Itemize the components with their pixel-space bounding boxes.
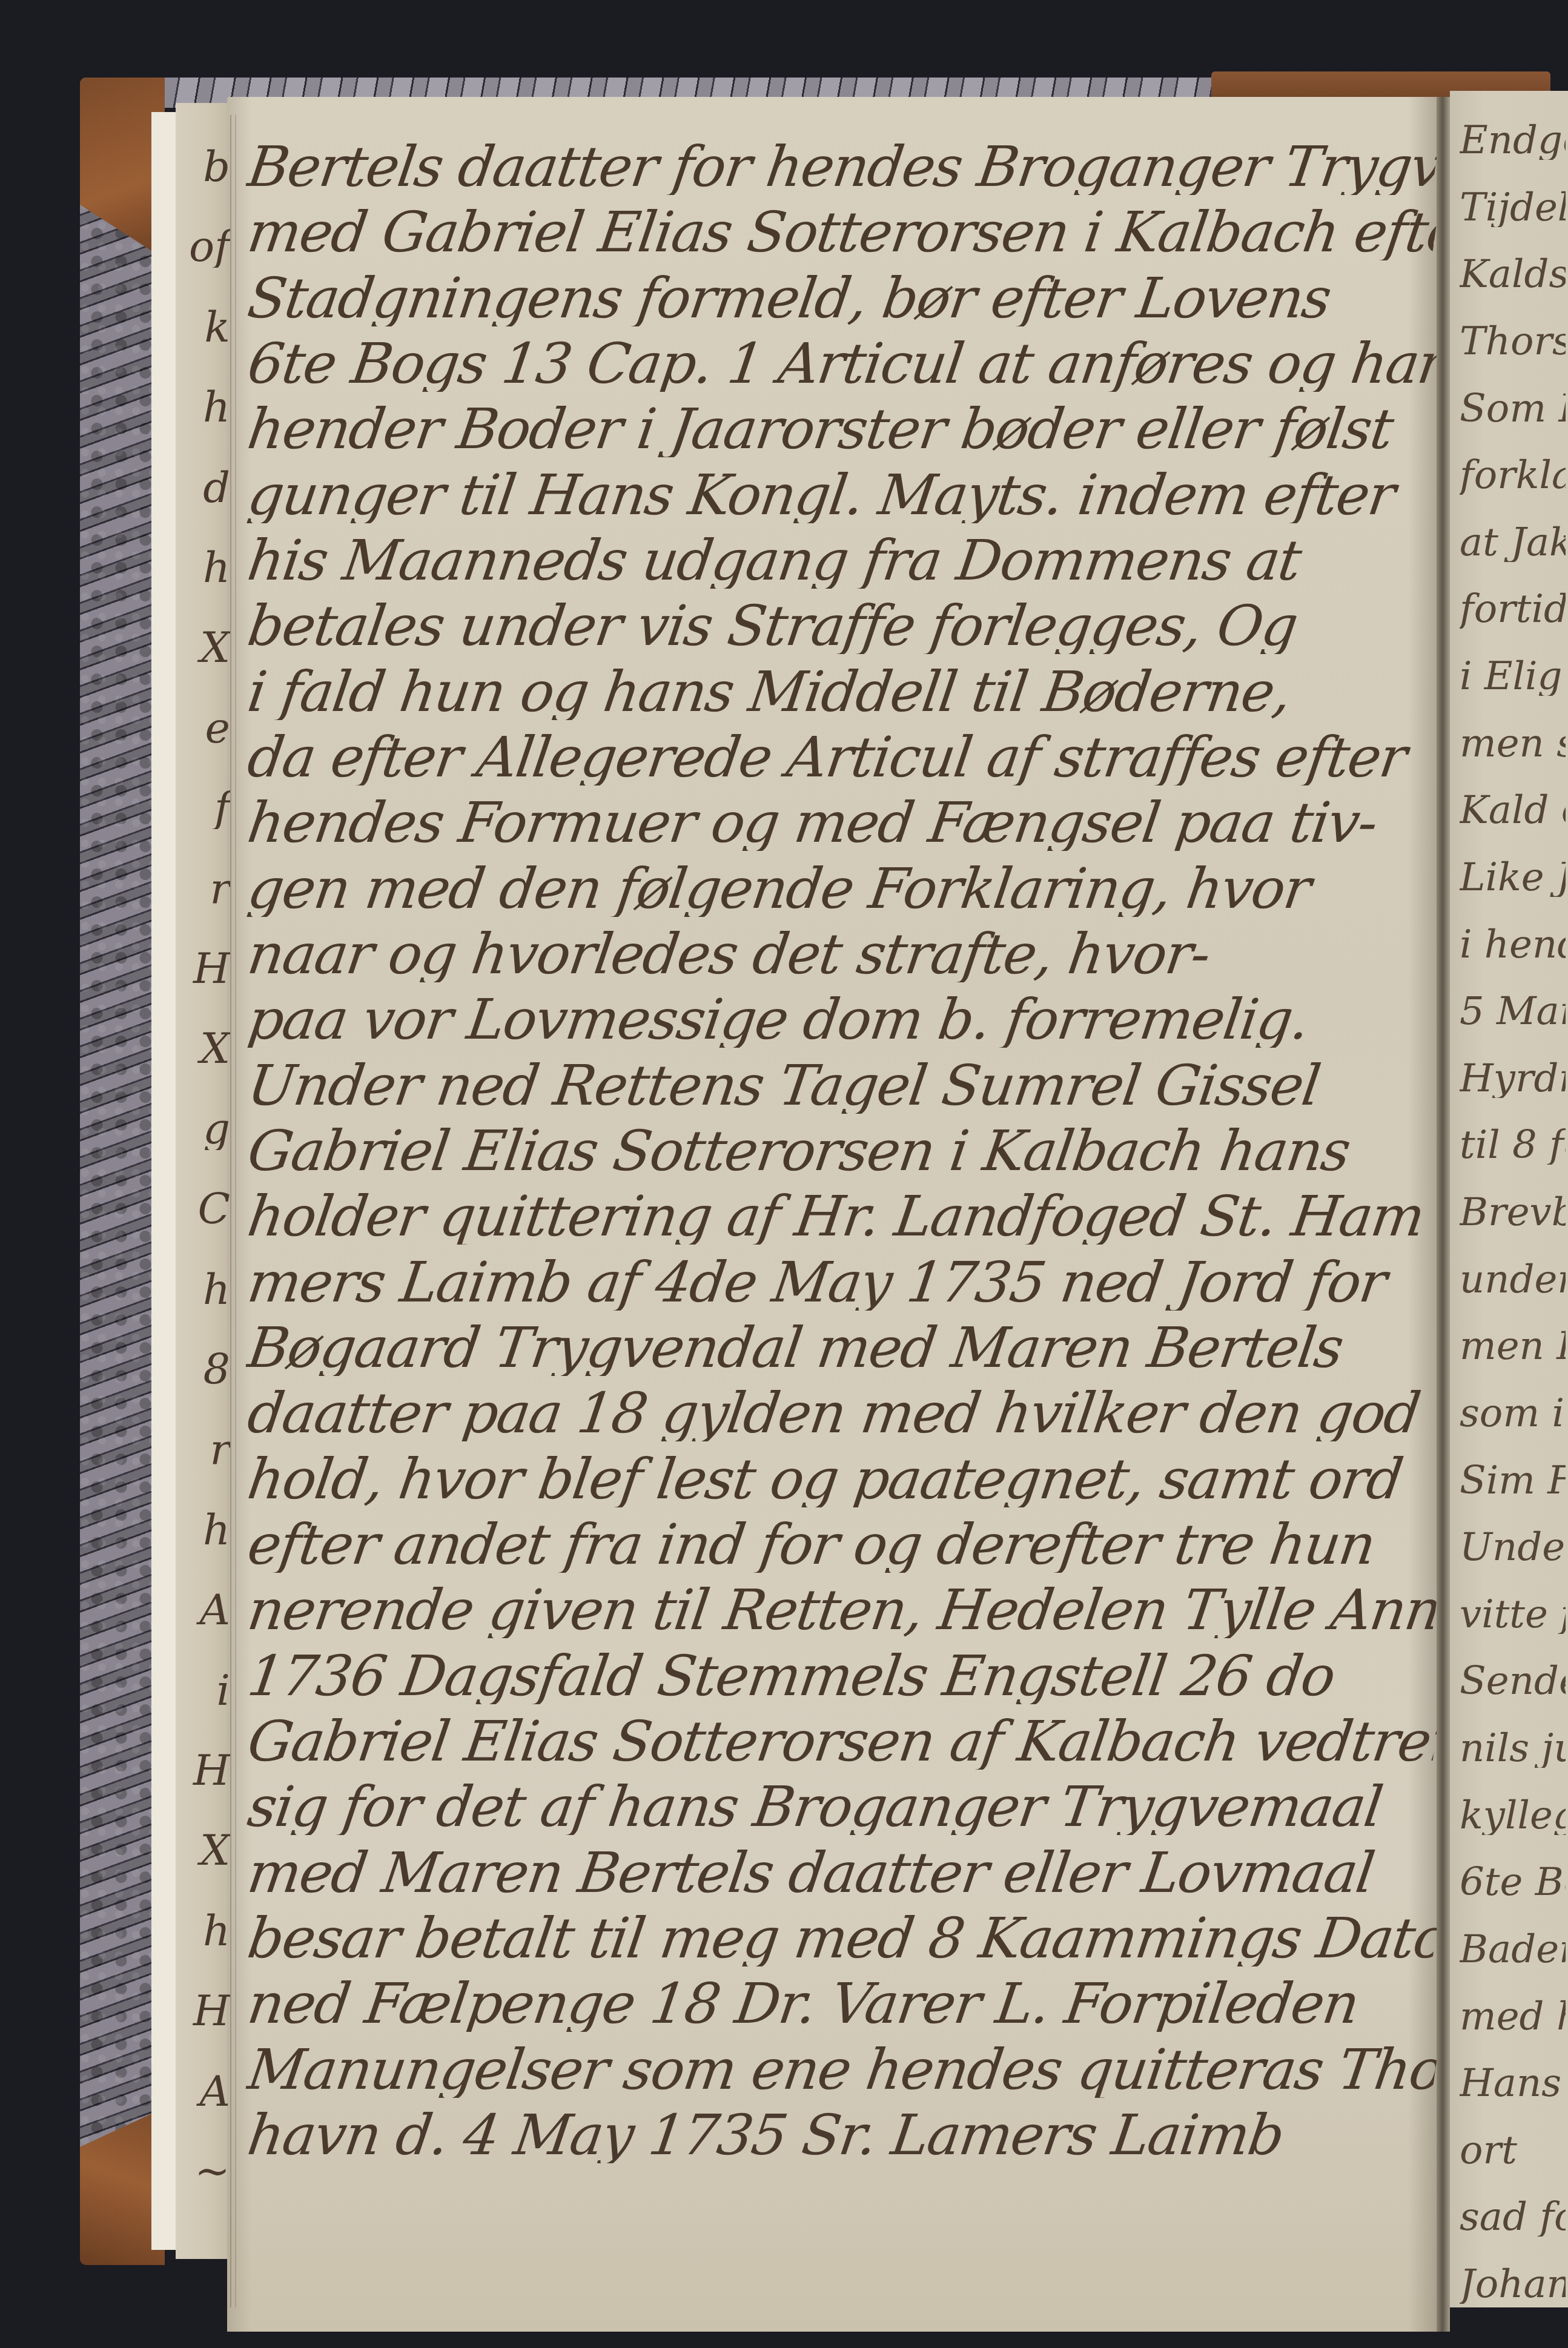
right-page-fragment: kyllegg [1460,1796,1566,1835]
manuscript-line: paa vor Lovmessige dom b. forremelig. [245,992,1440,1048]
flap-fragment: f [182,787,230,829]
manuscript-line: efter andet fra ind for og derefter tre … [245,1517,1440,1573]
manuscript-line: med Maren Bertels daatter eller Lovmaal [245,1845,1440,1901]
right-page-fragment: Kalds [1460,255,1566,294]
flap-fragment: h [182,1509,230,1551]
manuscript-line: Bertels daatter for hendes Broganger Try… [245,139,1440,195]
right-page-fragment: Endgen [1460,121,1566,160]
manuscript-line: hendes Formuer og med Fængsel paa tiv- [245,795,1440,851]
manuscript-line: gunger til Hans Kongl. Mayts. indem efte… [245,468,1440,523]
flap-fragment: d [182,466,230,509]
manuscript-line: gen med den følgende Forklaring, hvor [245,861,1440,917]
right-page-fragment: med hab [1460,1997,1566,2036]
flap-fragment: X [182,1027,230,1070]
right-page-fragment: Hans [1460,2064,1566,2103]
right-page-fragment: Baden [1460,1930,1566,1969]
flap-fragment: X [182,1829,230,1871]
manuscript-line: i fald hun og hans Middell til Bøderne, [245,664,1440,720]
right-page-fragment: i Elig [1460,657,1566,696]
flap-fragment: X [182,626,230,669]
right-page-fragment: Johan [1460,2265,1566,2304]
right-page-fragment: Sim Fry [1460,1461,1566,1500]
right-page-fragment: fortidig [1460,590,1566,629]
flap-fragment: b [182,145,230,188]
right-page-fragment: nils juli [1460,1729,1566,1768]
book-gutter [1437,97,1450,2332]
right-page-fragment: sad for [1460,2198,1566,2237]
manuscript-line: holder quittering af Hr. Landfoged St. H… [245,1189,1440,1245]
manuscript-line: Gabriel Elias Sotterorsen i Kalbach hans [245,1123,1440,1179]
right-page-fragment: 5 Mar [1460,992,1566,1031]
flap-fragment: H [182,1749,230,1791]
right-page-fragment: under [1460,1260,1566,1299]
manuscript-line: hender Boder i Jaarorster bøder eller fø… [245,402,1440,457]
manuscript-line: Manungelser som ene hendes quitteras Tho… [245,2042,1440,2098]
right-page-fragment: at Jakr ka [1460,523,1566,562]
manuscript-line: da efter Allegerede Articul af straffes … [245,730,1440,785]
right-page-fragment: Thorslavn [1460,322,1566,361]
flap-fragment: e [182,707,230,749]
right-page-fragment: 6te Bogs [1460,1863,1566,1902]
manuscript-line: his Maanneds udgang fra Dommens at [245,533,1440,589]
right-page-fragment: vitte for [1460,1595,1566,1634]
manuscript-line: havn d. 4 May 1735 Sr. Lamers Laimb [245,2108,1440,2163]
flap-fragment: h [182,386,230,428]
flap-fragment: k [182,306,230,348]
manuscript-line: besar betalt til meg med 8 Kaammings Dat… [245,1911,1440,1966]
manuscript-line: daatter paa 18 gylden med hvilker den go… [245,1386,1440,1441]
flap-fragment: of [182,225,230,268]
manuscript-line: sig for det af hans Broganger Trygvemaal [245,1779,1440,1835]
paper-strip [151,112,177,2250]
page-edge-lines [230,115,236,2307]
flap-fragment: A [182,2070,230,2112]
flap-fragment: h [182,546,230,589]
manuscript-line: Under ned Rettens Tagel Sumrel Gissel [245,1058,1440,1114]
right-page-fragment: men Ko [1460,1327,1566,1366]
right-page-fragment: men som [1460,724,1566,763]
right-page-fragment: ort [1460,2131,1566,2170]
right-page-fragment: Under ft [1460,1528,1566,1567]
right-page-fragment: Sendem [1460,1662,1566,1701]
manuscript-line: med Gabriel Elias Sotterorsen i Kalbach … [245,205,1440,260]
right-page-fragment: Kald og ka [1460,791,1566,830]
manuscript-line: betales under vis Straffe forlegges, Og [245,598,1440,654]
flap-fragment: h [182,1268,230,1311]
manuscript-line: nerende given til Retten, Hedelen Tylle … [245,1582,1440,1638]
flap-fragment: C [182,1188,230,1230]
right-page-fragment: Brevbr [1460,1193,1566,1232]
right-page-fragment: Hyrdro [1460,1059,1566,1098]
right-page-fragment: Tijdelsk [1460,188,1566,227]
flap-fragment: A [182,1589,230,1631]
flap-fragment: i [182,1669,230,1711]
manuscript-line: 6te Bogs 13 Cap. 1 Articul at anføres og… [245,336,1440,392]
manuscript-line: Bøgaard Trygvendal med Maren Bertels [245,1320,1440,1376]
flap-fragment: H [182,947,230,990]
flap-fragment: r [182,867,230,910]
right-page-fragment: i hende [1460,925,1566,964]
manuscript-line: naar og hvorledes det strafte, hvor- [245,927,1440,982]
book-cover-marbled [80,78,153,2264]
right-page-fragment: forklarn [1460,456,1566,495]
flap-fragment: g [182,1108,230,1150]
flap-fragment: 8 [182,1348,230,1391]
manuscript-line: ned Fælpenge 18 Dr. Varer L. Forpileden [245,1976,1440,2032]
right-page-fragment: til 8 for [1460,1126,1566,1165]
flap-fragment: h [182,1910,230,1952]
right-page-fragment: Like Jord [1460,858,1566,897]
flap-fragment: ~ [182,2150,230,2192]
flap-fragment: H [182,1989,230,2032]
manuscript-line: hold, hvor blef lest og paategnet, samt … [245,1452,1440,1507]
manuscript-line: Stadgningens formeld, bør efter Lovens [245,271,1440,326]
right-page-fragment: som i Ga [1460,1394,1566,1433]
manuscript-line: Gabriel Elias Sotterorsen af Kalbach ved… [245,1714,1440,1770]
manuscript-line: mers Laimb af 4de May 1735 ned Jord for [245,1255,1440,1311]
manuscript-line: 1736 Dagsfald Stemmels Engstell 26 do [245,1649,1440,1704]
flap-fragment: r [182,1428,230,1470]
right-page-fragment: Som Brod [1460,389,1566,428]
